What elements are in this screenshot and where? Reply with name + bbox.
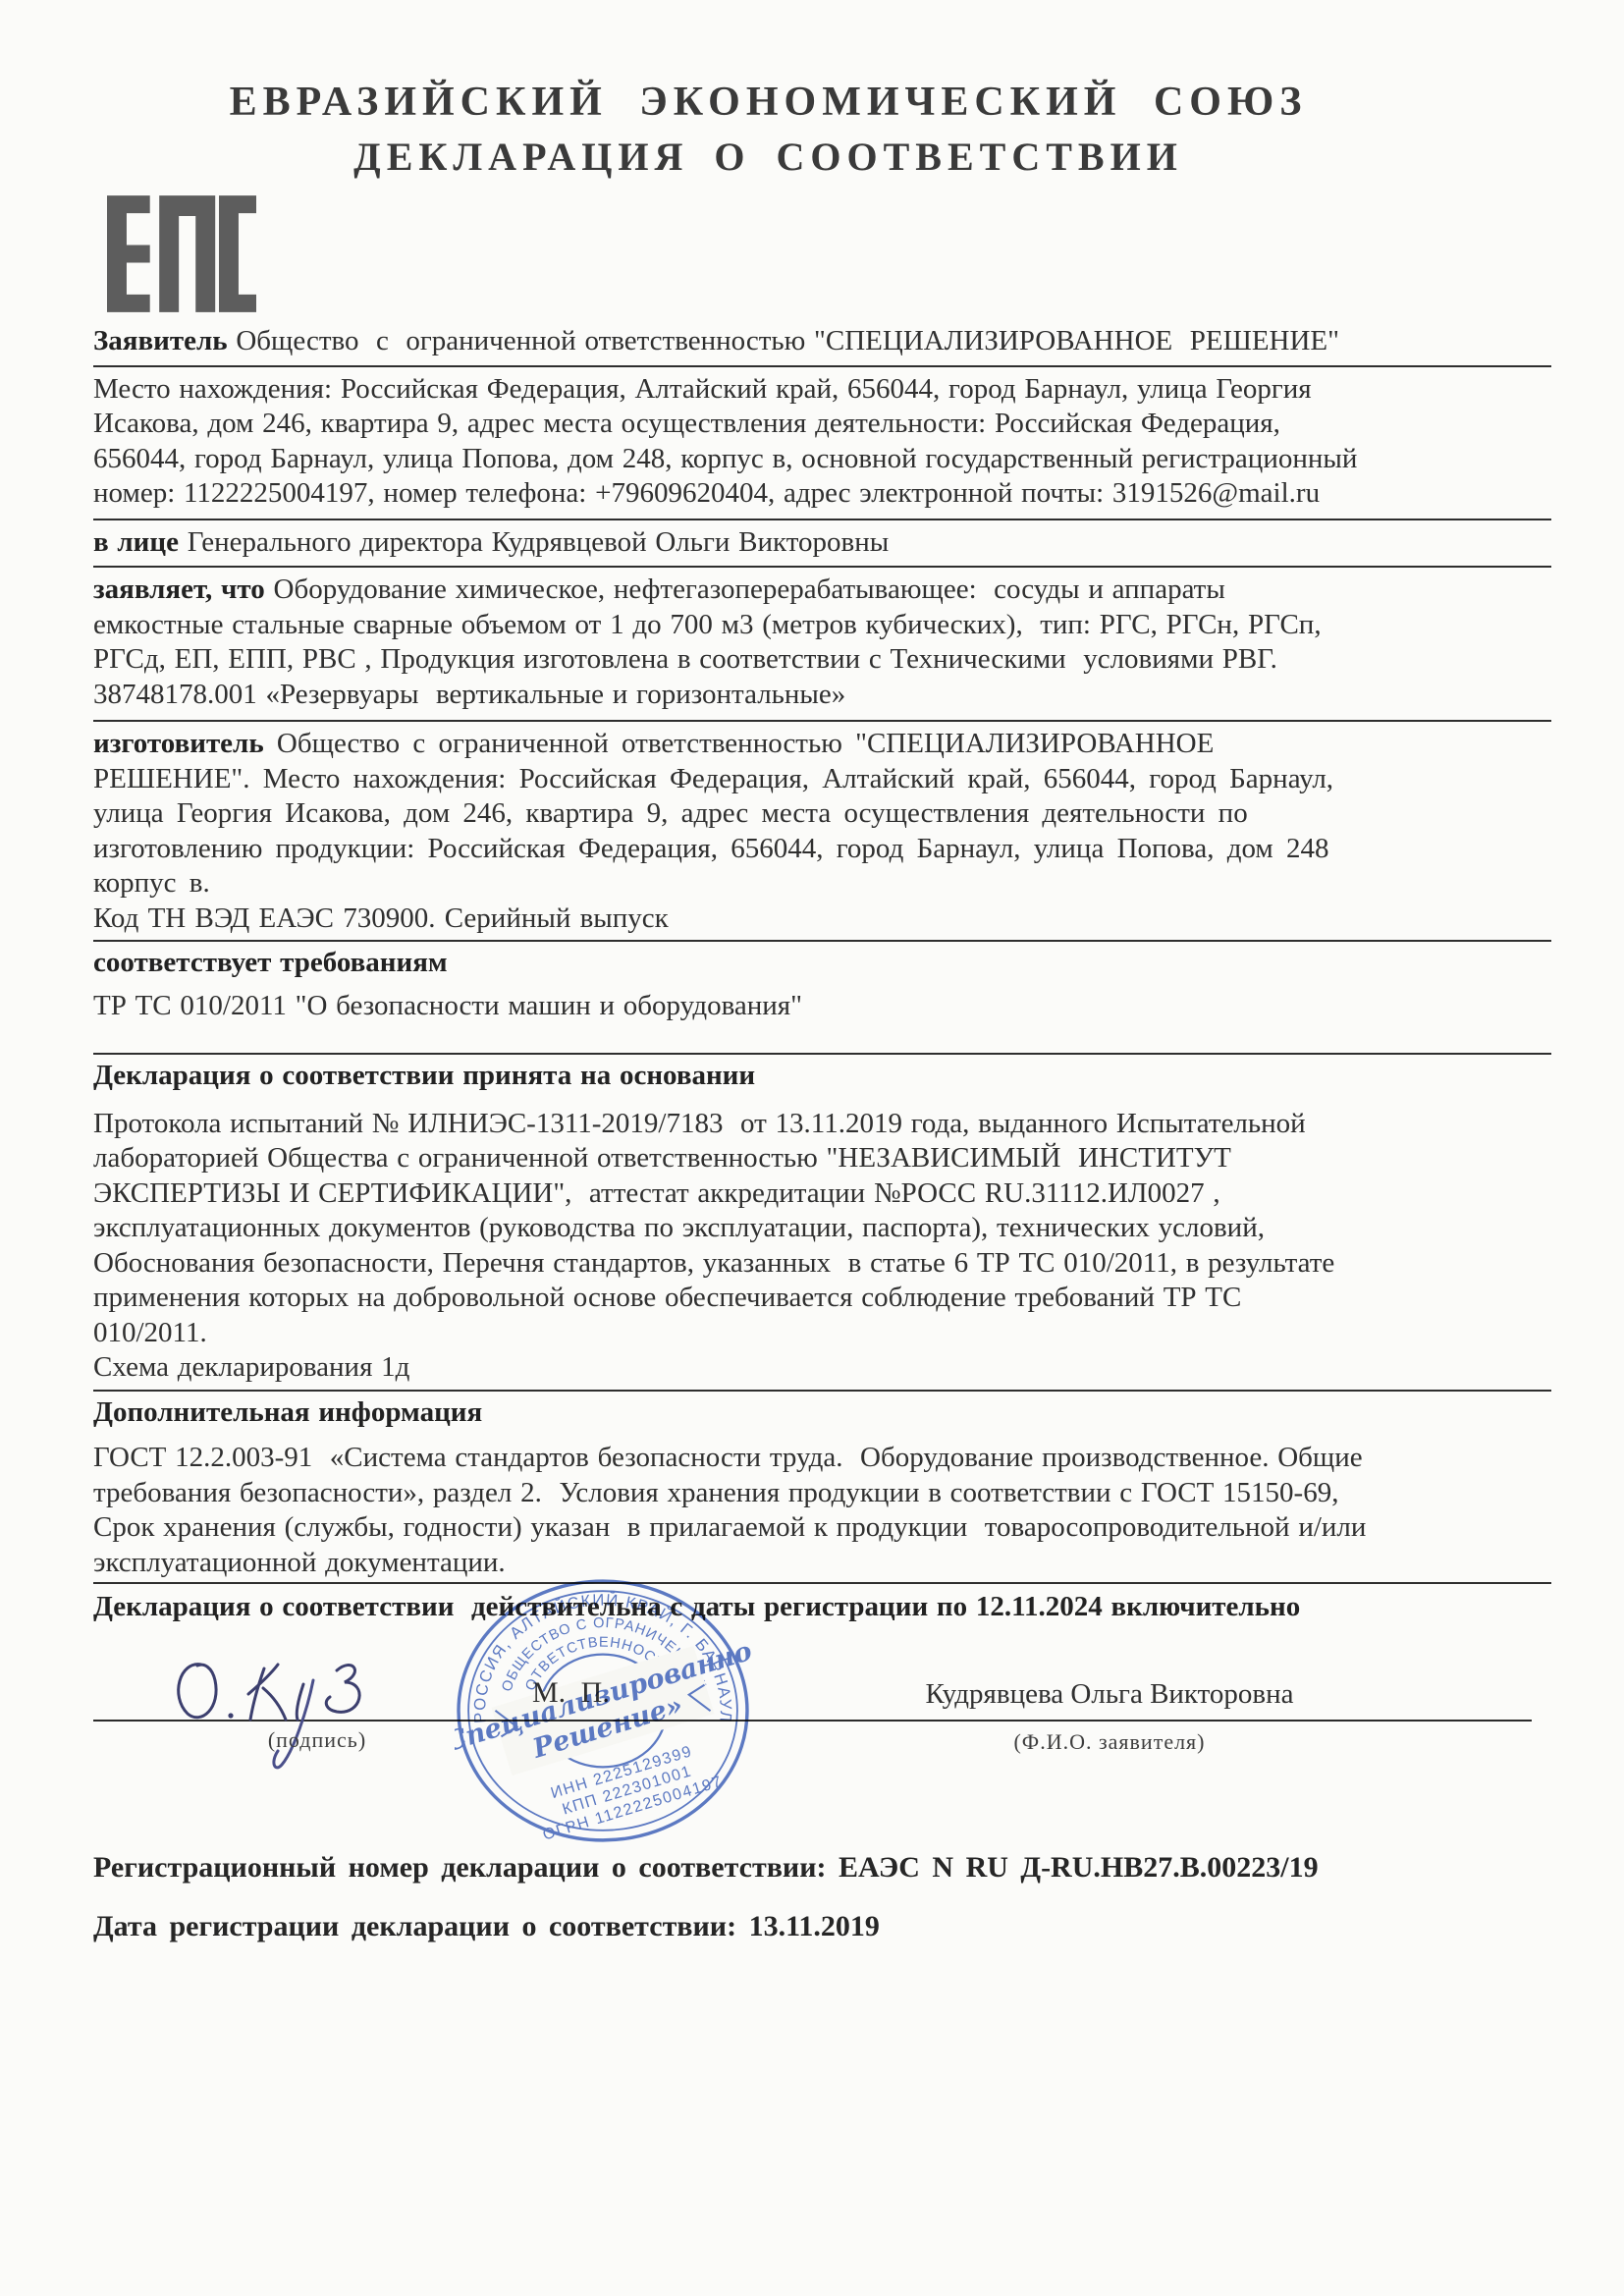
compliance-label: соответствует требованиям — [93, 946, 1551, 981]
manufacturer-text: Общество с ограниченной ответственностью… — [93, 728, 1333, 899]
applicant-fio: Кудрявцева Ольга Викторовна — [825, 1678, 1394, 1711]
section-declares: заявляет, что Оборудование химическое, н… — [93, 568, 1551, 722]
manufacturer-label: изготовитель — [93, 728, 264, 759]
eac-logo-icon — [107, 195, 256, 312]
validity-line: Декларация о соответствии действительна … — [93, 1590, 1551, 1625]
signature-caption: (подпись) — [209, 1727, 425, 1753]
section-basis: Декларация о соответствии принята на осн… — [93, 1055, 1551, 1392]
section-applicant: Заявитель Общество с ограниченной ответс… — [93, 324, 1551, 367]
section-compliance: соответствует требованиям ТР ТС 010/2011… — [93, 942, 1551, 1055]
fio-caption: (Ф.И.О. заявителя) — [825, 1729, 1394, 1755]
section-manufacturer: изготовитель Общество с ограниченной отв… — [93, 722, 1551, 942]
scheme-line: Схема декларирования 1д — [93, 1350, 1551, 1386]
title-line-union: ЕВРАЗИЙСКИЙ ЭКОНОМИЧЕСКИЙ СОЮЗ — [93, 79, 1443, 126]
additional-label: Дополнительная информация — [93, 1395, 1551, 1431]
signature-block: (подпись) М. П. Кудрявцева Ольга Викторо… — [93, 1627, 1551, 1847]
company-stamp-icon: РОССИЯ, АЛТАЙСКИЙ КРАЙ, Г. БАРНАУЛ ОБЩЕС… — [455, 1576, 751, 1845]
declares-label: заявляет, что — [93, 574, 265, 605]
section-location: Место нахождения: Российская Федерация, … — [93, 367, 1551, 520]
tnved-code-line: Код ТН ВЭД ЕАЭС 730900. Серийный выпуск — [93, 902, 1551, 937]
compliance-text: ТР ТС 010/2011 "О безопасности машин и о… — [93, 989, 1551, 1024]
location-text: Место нахождения: Российская Федерация, … — [93, 372, 1551, 512]
registration-date-line: Дата регистрации декларации о соответств… — [93, 1910, 1551, 1943]
person-label: в лице — [93, 526, 179, 558]
basis-text: Протокола испытаний № ИЛНИЭС-1311-2019/7… — [93, 1107, 1551, 1351]
additional-text: ГОСТ 12.2.003-91 «Система стандартов без… — [93, 1441, 1551, 1580]
applicant-text: Общество с ограниченной ответственностью… — [228, 325, 1339, 356]
handwritten-signature — [144, 1623, 429, 1788]
applicant-label: Заявитель — [93, 325, 228, 356]
declares-text: Оборудование химическое, нефтегазоперера… — [93, 574, 1322, 710]
declaration-document: ЕВРАЗИЙСКИЙ ЭКОНОМИЧЕСКИЙ СОЮЗ ДЕКЛАРАЦИ… — [0, 0, 1624, 1943]
section-additional-info: Дополнительная информация ГОСТ 12.2.003-… — [93, 1392, 1551, 1585]
title-line-declaration: ДЕКЛАРАЦИЯ О СООТВЕТСТВИИ — [93, 134, 1443, 180]
section-person: в лице Генерального директора Кудрявцево… — [93, 520, 1551, 569]
registration-number-line: Регистрационный номер декларации о соотв… — [93, 1851, 1551, 1885]
person-text: Генерального директора Кудрявцевой Ольги… — [179, 526, 889, 558]
basis-label: Декларация о соответствии принята на осн… — [93, 1059, 1551, 1094]
document-title: ЕВРАЗИЙСКИЙ ЭКОНОМИЧЕСКИЙ СОЮЗ ДЕКЛАРАЦИ… — [93, 79, 1551, 180]
